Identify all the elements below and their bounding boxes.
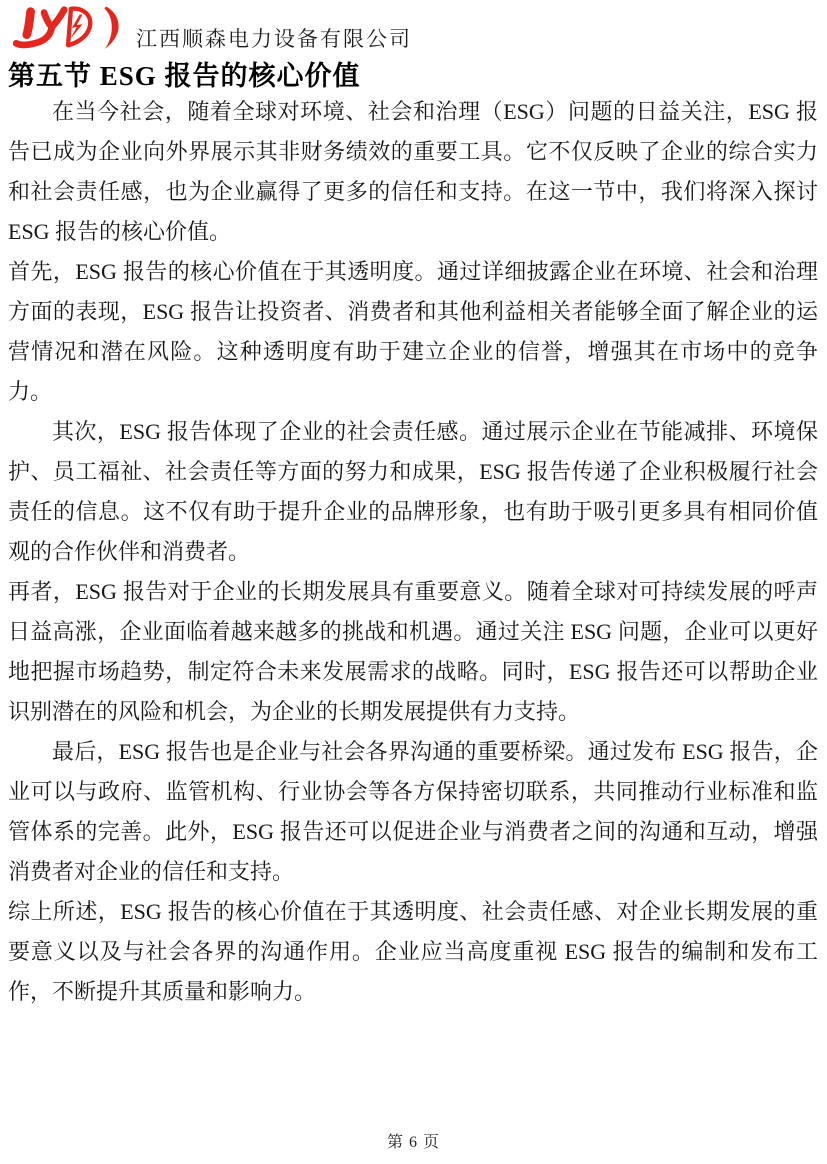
section-title: 第五节 ESG 报告的核心价值 <box>8 54 818 93</box>
body-paragraph: 在当今社会，随着全球对环境、社会和治理（ESG）问题的日益关注，ESG 报告已成… <box>8 92 818 252</box>
lydc-logo-icon <box>6 2 134 52</box>
body-paragraph: 综上所述，ESG 报告的核心价值在于其透明度、社会责任感、对企业长期发展的重要意… <box>8 892 818 1012</box>
company-name: 江西顺森电力设备有限公司 <box>136 27 412 51</box>
body-paragraph: 再者，ESG 报告对于企业的长期发展具有重要意义。随着全球对可持续发展的呼声日益… <box>8 572 818 732</box>
body-paragraph: 首先，ESG 报告的核心价值在于其透明度。通过详细披露企业在环境、社会和治理方面… <box>8 252 818 412</box>
document-body: 在当今社会，随着全球对环境、社会和治理（ESG）问题的日益关注，ESG 报告已成… <box>8 92 818 1012</box>
body-paragraph: 其次，ESG 报告体现了企业的社会责任感。通过展示企业在节能减排、环境保护、员工… <box>8 412 818 572</box>
document-page: 江西顺森电力设备有限公司 第五节 ESG 报告的核心价值 在当今社会，随着全球对… <box>0 0 827 1164</box>
page-header: 江西顺森电力设备有限公司 <box>6 2 412 52</box>
body-paragraph: 最后，ESG 报告也是企业与社会各界沟通的重要桥梁。通过发布 ESG 报告，企业… <box>8 732 818 892</box>
page-number: 第 6 页 <box>0 1129 827 1152</box>
